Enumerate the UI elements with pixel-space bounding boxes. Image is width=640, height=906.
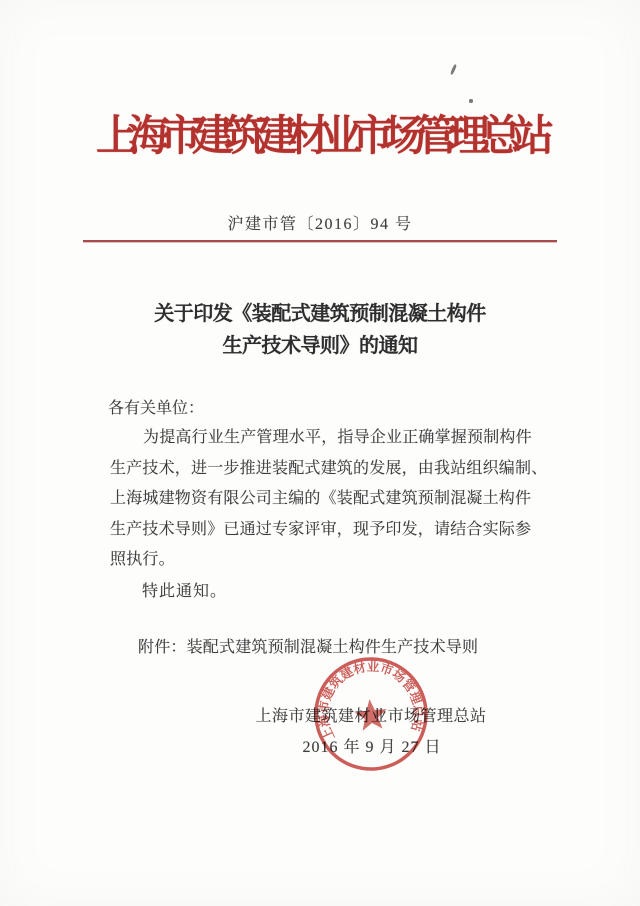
body-line: 上海城建物资有限公司主编的《装配式建筑预制混凝土构件	[110, 484, 550, 515]
seal-arc-text-holder: 上海市建筑建材业市场管理总站	[310, 653, 428, 744]
document-title-line2: 生产技术导则》的通知	[0, 330, 640, 362]
seal-arc-text: 上海市建筑建材业市场管理总站	[310, 653, 428, 744]
document-reference-number: 沪建市管〔2016〕94 号	[0, 211, 640, 234]
body-line: 生产技术导则》已通过专家评审，现予印发，请结合实际参	[110, 515, 550, 546]
red-divider-line	[83, 240, 557, 242]
scan-speck-mark	[450, 64, 457, 75]
body-line: 照执行。	[110, 545, 550, 576]
scanned-official-document: 上海市建筑建材业市场管理总站 沪建市管〔2016〕94 号 关于印发《装配式建筑…	[0, 0, 640, 906]
issuing-org-letterhead: 上海市建筑建材业市场管理总站	[0, 112, 640, 162]
document-title: 关于印发《装配式建筑预制混凝土构件 生产技术导则》的通知	[0, 298, 640, 362]
salutation: 各有关单位：	[108, 395, 204, 418]
scan-speck-dot	[469, 99, 473, 103]
body-paragraph: 为提高行业生产管理水平，指导企业正确掌握预制构件 生产技术，进一步推进装配式建筑…	[110, 423, 550, 576]
body-line: 为提高行业生产管理水平，指导企业正确掌握预制构件	[110, 423, 550, 454]
body-line: 生产技术，进一步推进装配式建筑的发展，由我站组织编制、	[110, 454, 550, 485]
document-title-line1: 关于印发《装配式建筑预制混凝土构件	[0, 298, 640, 330]
star-icon	[353, 697, 388, 731]
attachment-line: 附件：装配式建筑预制混凝土构件生产技术导则	[138, 634, 478, 657]
closing-phrase: 特此通知。	[142, 578, 227, 601]
official-seal-stamp: 上海市建筑建材业市场管理总站	[305, 648, 437, 780]
